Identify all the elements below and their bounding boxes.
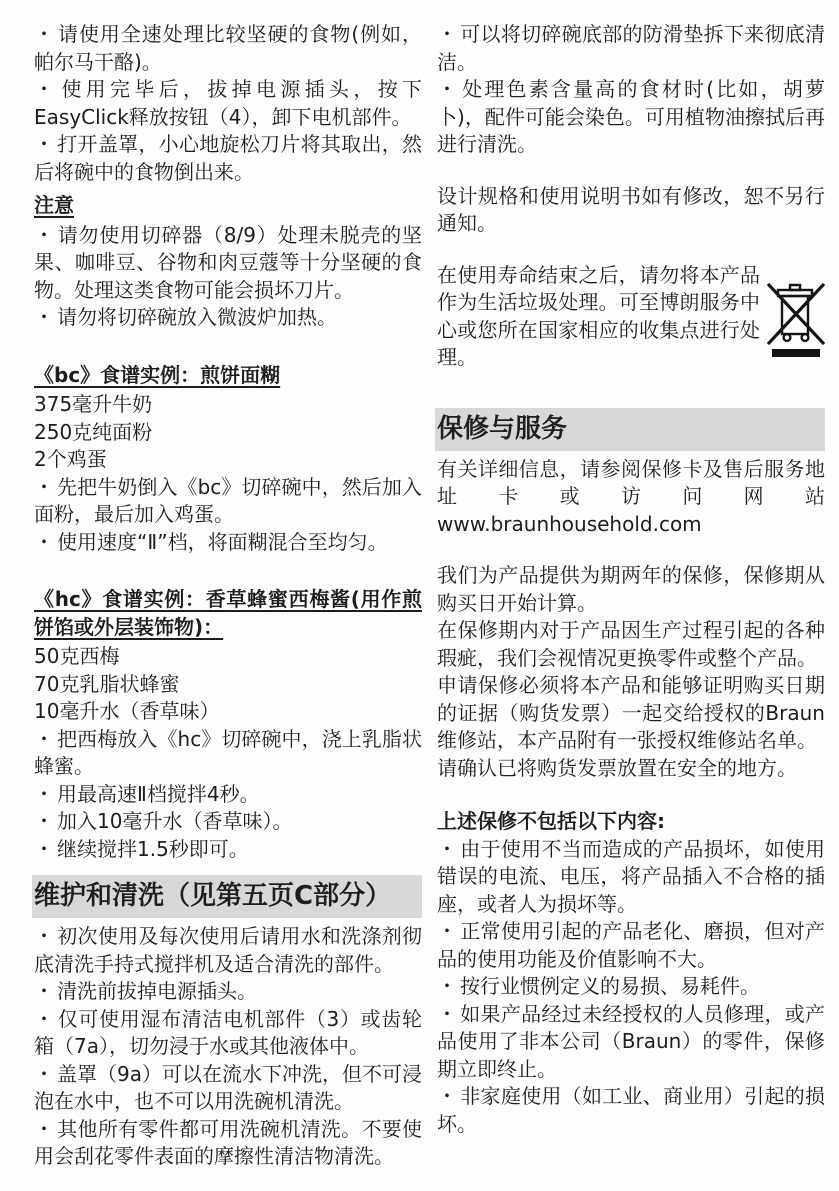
underline-heading: 《bc》食谱实例：煎饼面糊 <box>34 362 422 390</box>
column-right: ・可以将切碎碗底部的防滑垫拆下来彻底清洁。・处理色素含量高的食材时(比如，胡萝卜… <box>437 21 825 1171</box>
bullet-list: ・先把牛奶倒入《bc》切碎碗中，然后加入面粉，最后加入鸡蛋。・使用速度“Ⅱ”档，… <box>34 474 422 557</box>
bullet-list: ・可以将切碎碗底部的防滑垫拆下来彻底清洁。・处理色素含量高的食材时(比如，胡萝卜… <box>437 21 825 159</box>
bullet-marker: ・ <box>437 77 462 101</box>
spacer <box>34 332 422 356</box>
bullet-item: ・打开盖罩，小心地旋松刀片将其取出，然后将碗中的食物倒出来。 <box>34 131 422 186</box>
bullet-item: ・处理色素含量高的食材时(比如，胡萝卜)，配件可能会染色。可用植物油擦拭后再进行… <box>437 76 825 159</box>
bullet-marker: ・ <box>34 22 58 46</box>
bullet-marker: ・ <box>34 132 57 156</box>
bullet-text: 由于使用不当而造成的产品损坏，如使用错误的电流、电压，将产品插入不合格的插座，或… <box>437 837 825 916</box>
bullet-item: ・请使用全速处理比较坚硬的食物(例如，帕尔马干酪)。 <box>34 21 422 76</box>
paragraph-text: 在使用寿命结束之后，请勿将本产品作为生活垃圾处理。可至博朗服务中心或您所在国家相… <box>437 263 760 370</box>
page: ・请使用全速处理比较坚硬的食物(例如，帕尔马干酪)。・使用完毕后，拔掉电源插头，… <box>0 0 839 1171</box>
bullet-text: 请使用全速处理比较坚硬的食物(例如，帕尔马干酪)。 <box>34 22 422 74</box>
bullet-marker: ・ <box>34 809 57 833</box>
bullet-list: ・请使用全速处理比较坚硬的食物(例如，帕尔马干酪)。・使用完毕后，拔掉电源插头，… <box>34 21 422 186</box>
ingredient-list: 50克西梅70克乳脂状蜂蜜10毫升水（香草味） <box>34 643 422 726</box>
bullet-item: ・仅可使用湿布清洁电机部件（3）或齿轮箱（7a），切勿浸于水或其他液体中。 <box>34 1006 422 1061</box>
bullet-item: ・非家庭使用（如工业、商业用）引起的损坏。 <box>437 1083 825 1138</box>
underline-heading: 注意 <box>34 192 422 220</box>
bullet-marker: ・ <box>34 475 57 499</box>
bullet-marker: ・ <box>34 924 57 948</box>
bullet-marker: ・ <box>34 1117 57 1141</box>
disposal-paragraph: 在使用寿命结束之后，请勿将本产品作为生活垃圾处理。可至博朗服务中心或您所在国家相… <box>437 262 825 372</box>
underline-heading: 《hc》食谱实例：香草蜂蜜西梅酱(用作煎饼馅或外层装饰物)： <box>34 586 422 641</box>
bullet-item: ・盖罩（9a）可以在流水下冲洗，但不可浸泡在水中，也不可以用洗碗机清洗。 <box>34 1061 422 1116</box>
bullet-item: ・请勿使用切碎器（8/9）处理未脱壳的坚果、咖啡豆、谷物和肉豆蔻等十分坚硬的食物… <box>34 222 422 305</box>
bullet-marker: ・ <box>34 305 57 329</box>
bullet-item: ・先把牛奶倒入《bc》切碎碗中，然后加入面粉，最后加入鸡蛋。 <box>34 474 422 529</box>
bullet-marker: ・ <box>437 974 460 998</box>
bullet-marker: ・ <box>437 1002 460 1026</box>
bullet-list: ・把西梅放入《hc》切碎碗中，浇上乳脂状蜂蜜。・用最高速Ⅱ档搅拌4秒。・加入10… <box>34 726 422 864</box>
paragraph: 我们为产品提供为期两年的保修，保修期从购买日开始计算。 <box>437 562 825 617</box>
bullet-text: 仅可使用湿布清洁电机部件（3）或齿轮箱（7a），切勿浸于水或其他液体中。 <box>34 1007 422 1059</box>
bullet-marker: ・ <box>437 22 460 46</box>
column-left: ・请使用全速处理比较坚硬的食物(例如，帕尔马干酪)。・使用完毕后，拔掉电源插头，… <box>34 21 422 1171</box>
bullet-item: ・清洗前拔掉电源插头。 <box>34 978 422 1006</box>
bullet-item: ・如果产品经过未经授权的人员修理，或产品使用了非本公司（Braun）的零件，保修… <box>437 1001 825 1084</box>
bullet-marker: ・ <box>34 77 61 101</box>
bullet-item: ・由于使用不当而造成的产品损坏，如使用错误的电流、电压，将产品插入不合格的插座，… <box>437 836 825 919</box>
bullet-item: ・正常使用引起的产品老化、磨损，但对产品的使用功能及价值影响不大。 <box>437 918 825 973</box>
spacer <box>437 782 825 806</box>
bullet-marker: ・ <box>437 1084 460 1108</box>
bullet-text: 先把牛奶倒入《bc》切碎碗中，然后加入面粉，最后加入鸡蛋。 <box>34 475 422 527</box>
weee-bin-icon <box>767 276 825 358</box>
bullet-item: ・继续搅拌1.5秒即可。 <box>34 836 422 864</box>
spacer <box>437 159 825 183</box>
bullet-item: ・使用速度“Ⅱ”档，将面糊混合至均匀。 <box>34 529 422 557</box>
bullet-text: 打开盖罩，小心地旋松刀片将其取出，然后将碗中的食物倒出来。 <box>34 132 422 184</box>
paragraph: 设计规格和使用说明书如有修改，恕不另行通知。 <box>437 183 825 238</box>
bullet-marker: ・ <box>437 919 460 943</box>
bullet-text: 可以将切碎碗底部的防滑垫拆下来彻底清洁。 <box>437 22 825 74</box>
bullet-item: ・可以将切碎碗底部的防滑垫拆下来彻底清洁。 <box>437 21 825 76</box>
bullet-list: ・初次使用及每次使用后请用水和洗涤剂彻底清洗手持式搅拌机及适合清洗的部件。・清洗… <box>34 923 422 1171</box>
bullet-marker: ・ <box>34 1062 57 1086</box>
bullet-text: 其他所有零件都可用洗碗机清洗。不要使用会刮花零件表面的摩擦性清洁物清洗。 <box>34 1117 422 1169</box>
bullet-text: 把西梅放入《hc》切碎碗中，浇上乳脂状蜂蜜。 <box>34 727 422 779</box>
bullet-text: 用最高速Ⅱ档搅拌4秒。 <box>57 782 260 806</box>
ingredient-line: 70克乳脂状蜂蜜 <box>34 671 422 699</box>
bullet-text: 如果产品经过未经授权的人员修理，或产品使用了非本公司（Braun）的零件，保修期… <box>437 1002 825 1081</box>
paragraph: 有关详细信息，请参阅保修卡及售后服务地址卡或访问网站www.braunhouse… <box>437 456 825 539</box>
ingredient-list: 375毫升牛奶250克纯面粉2个鸡蛋 <box>34 391 422 474</box>
bullet-item: ・请勿将切碎碗放入微波炉加热。 <box>34 304 422 332</box>
bullet-text: 非家庭使用（如工业、商业用）引起的损坏。 <box>437 1084 825 1136</box>
paragraph: 申请保修必须将本产品和能够证明购买日期的证据（购货发票）一起交给授权的Braun… <box>437 672 825 755</box>
bullet-marker: ・ <box>34 223 58 247</box>
bullet-text: 请勿将切碎碗放入微波炉加热。 <box>57 305 337 329</box>
bullet-item: ・其他所有零件都可用洗碗机清洗。不要使用会刮花零件表面的摩擦性清洁物清洗。 <box>34 1116 422 1171</box>
bullet-marker: ・ <box>34 979 57 1003</box>
bullet-text: 使用完毕后，拔掉电源插头，按下EasyClick释放按钮（4），卸下电机部件。 <box>34 77 422 129</box>
bullet-text: 按行业惯例定义的易损、易耗件。 <box>460 974 760 998</box>
ingredient-line: 2个鸡蛋 <box>34 446 422 474</box>
paragraph: 请确认已将购货发票放置在安全的地方。 <box>437 755 825 783</box>
ingredient-line: 50克西梅 <box>34 643 422 671</box>
bullet-item: ・把西梅放入《hc》切碎碗中，浇上乳脂状蜂蜜。 <box>34 726 422 781</box>
bullet-list: ・由于使用不当而造成的产品损坏，如使用错误的电流、电压，将产品插入不合格的插座，… <box>437 836 825 1139</box>
bullet-text: 处理色素含量高的食材时(比如，胡萝卜)，配件可能会染色。可用植物油擦拭后再进行清… <box>437 77 825 156</box>
bullet-item: ・按行业惯例定义的易损、易耗件。 <box>437 973 825 1001</box>
bullet-text: 盖罩（9a）可以在流水下冲洗，但不可浸泡在水中，也不可以用洗碗机清洗。 <box>34 1062 422 1114</box>
bullet-marker: ・ <box>34 1007 58 1031</box>
bullet-item: ・用最高速Ⅱ档搅拌4秒。 <box>34 781 422 809</box>
bullet-item: ・加入10毫升水（香草味）。 <box>34 808 422 836</box>
bullet-item: ・初次使用及每次使用后请用水和洗涤剂彻底清洗手持式搅拌机及适合清洗的部件。 <box>34 923 422 978</box>
paragraph: 在保修期内对于产品因生产过程引起的各种瑕疵，我们会视情况更换零件或整个产品。 <box>437 617 825 672</box>
ingredient-line: 250克纯面粉 <box>34 419 422 447</box>
bullet-marker: ・ <box>34 837 57 861</box>
ingredient-line: 10毫升水（香草味） <box>34 698 422 726</box>
spacer <box>437 238 825 262</box>
ingredient-line: 375毫升牛奶 <box>34 391 422 419</box>
bullet-list: ・请勿使用切碎器（8/9）处理未脱壳的坚果、咖啡豆、谷物和肉豆蔻等十分坚硬的食物… <box>34 222 422 332</box>
bullet-marker: ・ <box>34 782 57 806</box>
spacer <box>34 556 422 580</box>
bullet-marker: ・ <box>437 837 460 861</box>
bullet-text: 清洗前拔掉电源插头。 <box>57 979 257 1003</box>
bullet-item: ・使用完毕后，拔掉电源插头，按下EasyClick释放按钮（4），卸下电机部件。 <box>34 76 422 131</box>
bullet-text: 请勿使用切碎器（8/9）处理未脱壳的坚果、咖啡豆、谷物和肉豆蔻等十分坚硬的食物。… <box>34 223 422 302</box>
bullet-marker: ・ <box>34 727 57 751</box>
bullet-text: 加入10毫升水（香草味）。 <box>57 809 292 833</box>
section-heading: 维护和清洗（见第五页C部分） <box>32 875 422 918</box>
bullet-text: 正常使用引起的产品老化、磨损，但对产品的使用功能及价值影响不大。 <box>437 919 825 971</box>
sub-heading: 上述保修不包括以下内容: <box>437 808 825 836</box>
section-heading: 保修与服务 <box>435 408 825 451</box>
bullet-marker: ・ <box>34 530 57 554</box>
spacer <box>437 372 825 396</box>
spacer <box>437 538 825 562</box>
bullet-text: 使用速度“Ⅱ”档，将面糊混合至均匀。 <box>57 530 388 554</box>
bullet-text: 初次使用及每次使用后请用水和洗涤剂彻底清洗手持式搅拌机及适合清洗的部件。 <box>34 924 422 976</box>
bullet-text: 继续搅拌1.5秒即可。 <box>57 837 249 861</box>
